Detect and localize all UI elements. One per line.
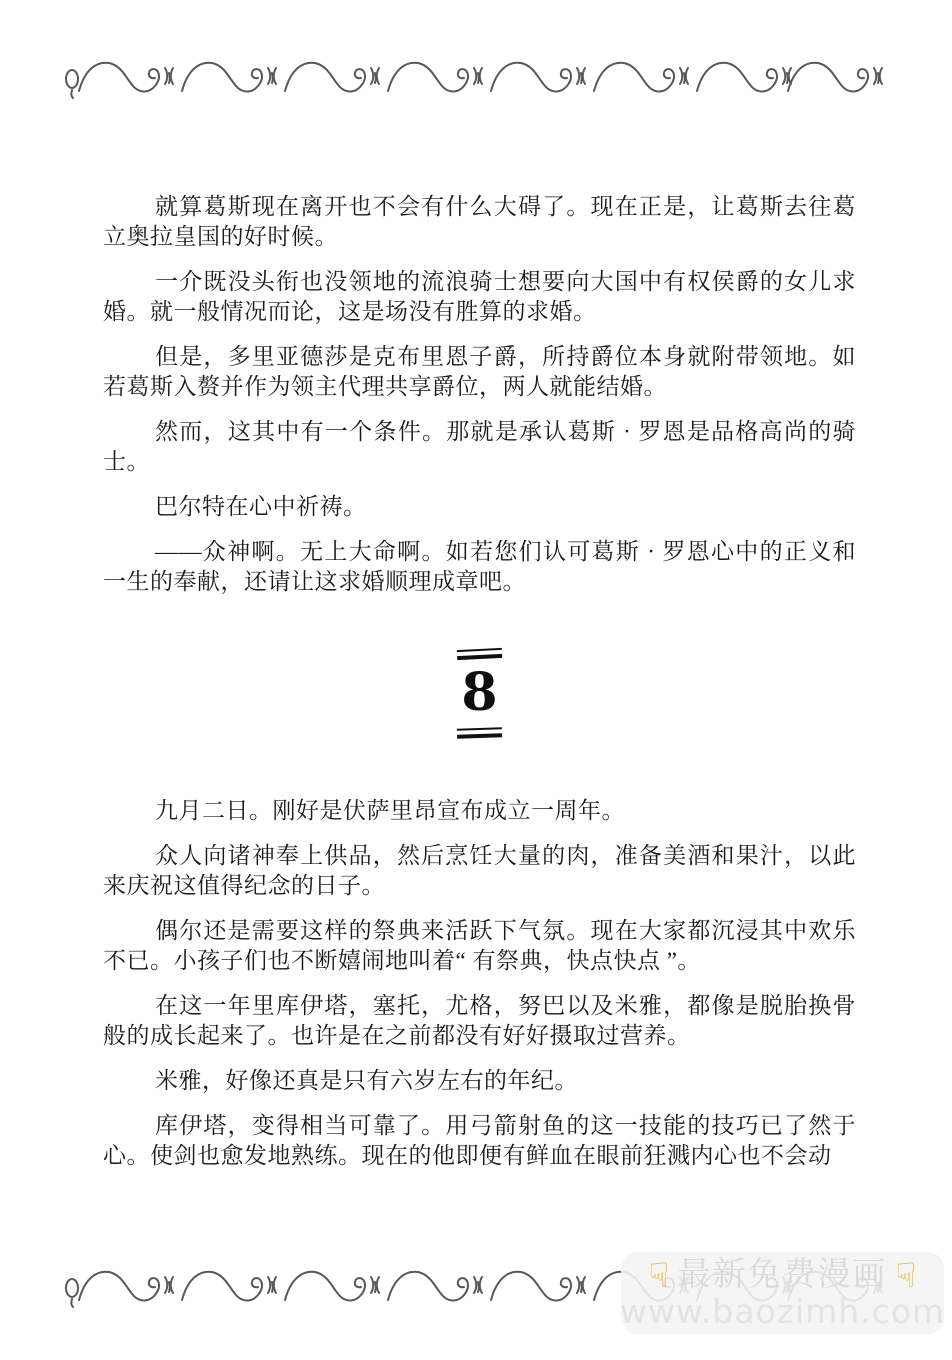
heading-rule-top: [457, 648, 502, 660]
paragraph: 米雅，好像还真是只有六岁左右的年纪。: [103, 1066, 856, 1096]
paragraph: 但是，多里亚德莎是克布里恩子爵，所持爵位本身就附带领地。如若葛斯入赘并作为领主代…: [103, 342, 856, 402]
watermark-url: www.baozimh.com: [620, 1295, 945, 1328]
paragraph: ——众神啊。无上大命啊。如若您们认可葛斯 · 罗恩心中的正义和一生的奉献，还请让…: [103, 537, 856, 597]
paragraph: 众人向诸神奉上供品，然后烹饪大量的肉，准备美酒和果汁，以此来庆祝这值得纪念的日子…: [103, 841, 856, 901]
novel-page: 就算葛斯现在离开也不会有什么大碍了。现在正是，让葛斯去往葛立奥拉皇国的好时候。 …: [0, 0, 952, 1360]
watermark-title: 最新免费漫画: [678, 1259, 888, 1292]
down-pointing-hand-icon: ☟: [649, 1259, 670, 1293]
top-flourish-border-icon: [63, 55, 889, 101]
paragraph: 偶尔还是需要这样的祭典来活跃下气氛。现在大家都沉浸其中欢乐不已。小孩子们也不断嬉…: [103, 916, 856, 976]
paragraph: 在这一年里库伊塔，塞托，尤格，努巴以及米雅，都像是脱胎换骨般的成长起来了。也许是…: [103, 991, 856, 1051]
heading-rule-bottom: [457, 727, 502, 739]
paragraph: 就算葛斯现在离开也不会有什么大碍了。现在正是，让葛斯去往葛立奥拉皇国的好时候。: [103, 192, 856, 252]
chapter-heading: 8: [103, 649, 856, 738]
paragraph: 巴尔特在心中祈祷。: [103, 492, 856, 522]
paragraph: 库伊塔，变得相当可靠了。用弓箭射鱼的这一技能的技巧已了然于心。使剑也愈发地熟练。…: [103, 1111, 856, 1171]
watermark-banner[interactable]: ☟ 最新免费漫画 ☟ www.baozimh.com: [621, 1252, 944, 1334]
paragraph: 然而，这其中有一个条件。那就是承认葛斯 · 罗恩是品格高尚的骑士。: [103, 417, 856, 477]
down-pointing-hand-icon: ☟: [896, 1259, 917, 1293]
chapter-number: 8: [103, 664, 856, 722]
paragraph: 一介既没头衔也没领地的流浪骑士想要向大国中有权侯爵的女儿求婚。就一般情况而论，这…: [103, 267, 856, 327]
paragraph: 九月二日。刚好是伏萨里昂宣布成立一周年。: [103, 796, 856, 826]
novel-text-body: 就算葛斯现在离开也不会有什么大碍了。现在正是，让葛斯去往葛立奥拉皇国的好时候。 …: [103, 192, 856, 1186]
watermark-title-row: ☟ 最新免费漫画 ☟: [649, 1259, 916, 1293]
